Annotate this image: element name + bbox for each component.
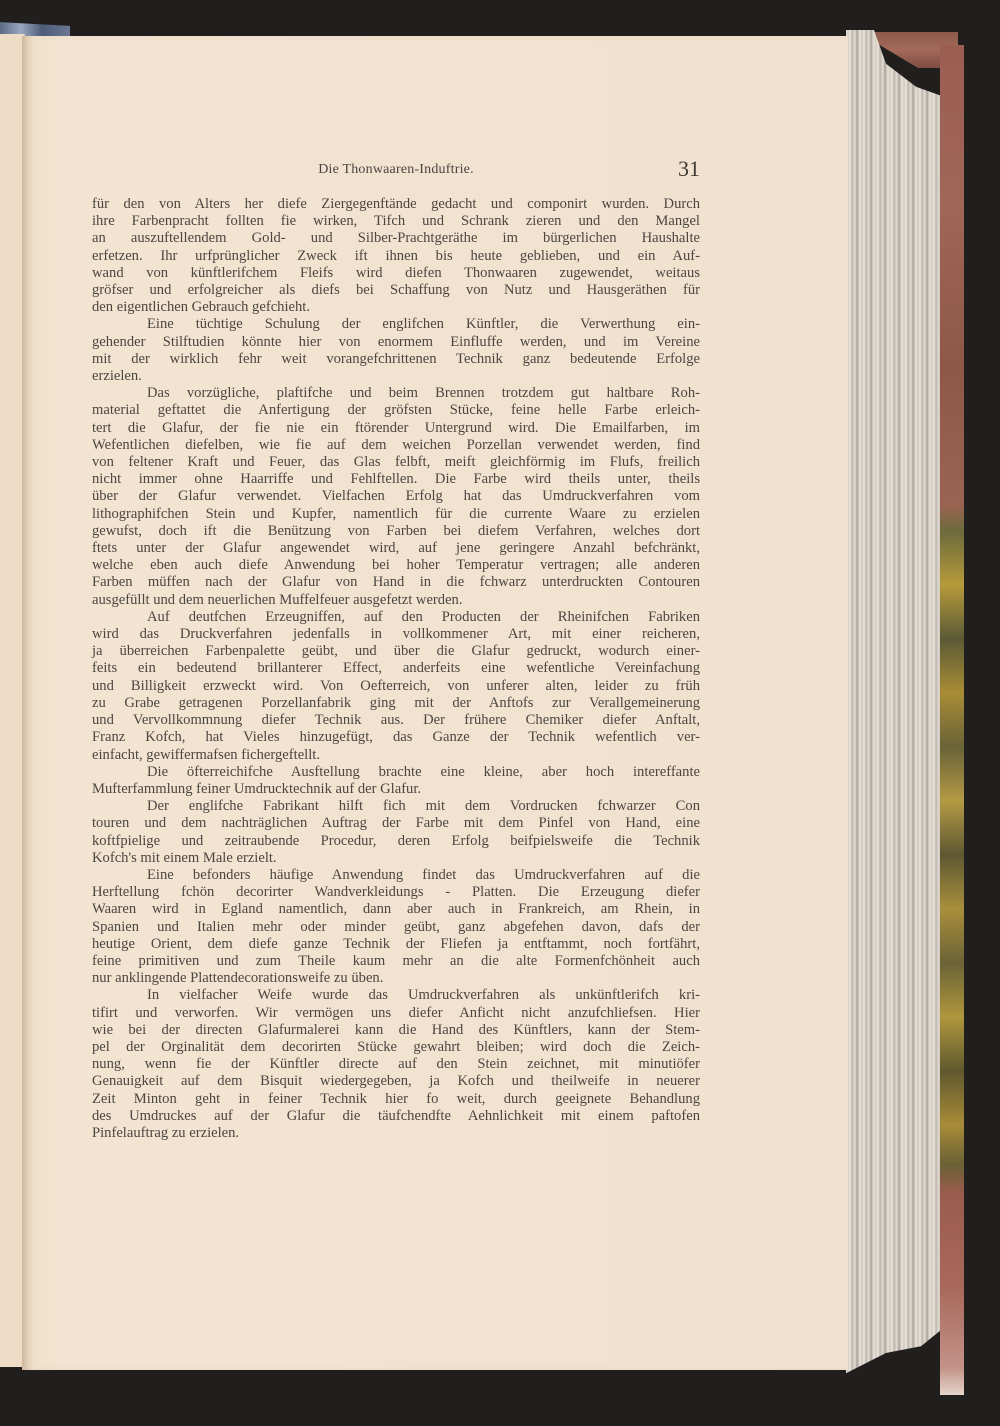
text-line: tert die Glafur, der fie nie ein ftörend… xyxy=(92,420,700,437)
text-line: und Billigkeit erzweckt wird. Von Oefter… xyxy=(92,678,700,695)
text-line: für den von Alters her diefe Ziergegenft… xyxy=(92,196,700,213)
paragraph: In vielfacher Weife wurde das Umdruckver… xyxy=(92,987,700,1142)
text-line: ja überreichen Farbenpalette geübt, und … xyxy=(92,643,700,660)
text-line: lithographifchen Stein und Kupfer, namen… xyxy=(92,506,700,523)
page-block-edges xyxy=(846,30,946,1380)
text-line: an auszuftellendem Gold- und Silber-Prac… xyxy=(92,230,700,247)
text-line: des Umdruckes auf der Glafur die täufche… xyxy=(92,1108,700,1125)
text-line: erfetzen. Ihr urfprünglicher Zweck ift i… xyxy=(92,248,700,265)
text-line: Farben müffen nach der Glafur von Hand i… xyxy=(92,574,700,591)
marbled-cover-edge xyxy=(940,45,964,1395)
text-line: und Vervollkommnung diefer Technik aus. … xyxy=(92,712,700,729)
text-line: Pinfelauftrag zu erzielen. xyxy=(92,1125,700,1142)
paragraph: Der englifche Fabrikant hilft fich mit d… xyxy=(92,798,700,867)
text-line: erzielen. xyxy=(92,368,700,385)
text-line: ftets unter der Glafur angewendet wird, … xyxy=(92,540,700,557)
text-line: ihre Farbenpracht follten fie wirken, Ti… xyxy=(92,213,700,230)
text-line: von feltener Kraft und Feuer, das Glas f… xyxy=(92,454,700,471)
text-line: tifirt und verworfen. Wir vermögen uns d… xyxy=(92,1005,700,1022)
text-line: heutige Orient, dem diefe ganze Technik … xyxy=(92,936,700,953)
paragraph: Eine tüchtige Schulung der englifchen Kü… xyxy=(92,316,700,385)
text-line: nur anklingende Plattendecorationsweife … xyxy=(92,970,700,987)
text-line: Der englifche Fabrikant hilft fich mit d… xyxy=(92,798,700,815)
text-line: zu Grabe getragenen Porzellanfabrik ging… xyxy=(92,695,700,712)
text-line: Genauigkeit auf dem Bisquit wiedergegebe… xyxy=(92,1073,700,1090)
text-line: feine primitiven und zum Theile kaum meh… xyxy=(92,953,700,970)
text-line: welche eben auch diefe Anwendung bei hoh… xyxy=(92,557,700,574)
text-line: nung, wenn fie der Künftler directe auf … xyxy=(92,1056,700,1073)
text-line: Eine befonders häufige Anwendung findet … xyxy=(92,867,700,884)
text-line: ausgefüllt und dem neuerlichen Muffelfeu… xyxy=(92,592,700,609)
text-line: den eigentlichen Gebrauch gefchieht. xyxy=(92,299,700,316)
text-line: wird das Druckverfahren jedenfalls in vo… xyxy=(92,626,700,643)
text-line: wand von künftlerifchem Fleifs wird dief… xyxy=(92,265,700,282)
text-line: Mufterfammlung feiner Umdrucktechnik auf… xyxy=(92,781,700,798)
paragraph: Das vorzügliche, plaftifche und beim Bre… xyxy=(92,385,700,609)
text-line: pel der Orginalität dem decorirten Stück… xyxy=(92,1039,700,1056)
text-line: feits ein bedeutend brillanterer Effect,… xyxy=(92,660,700,677)
text-line: gewufst, doch ift die Benützung von Farb… xyxy=(92,523,700,540)
running-title: Die Thonwaaren-Induftrie. xyxy=(82,162,700,178)
text-line: Wefentlichen diefelben, wie fie auf dem … xyxy=(92,437,700,454)
text-line: gehender Stilftudien könnte hier von eno… xyxy=(92,334,700,351)
text-line: gröfser und erfolgreicher als diefs bei … xyxy=(92,282,700,299)
body-text: für den von Alters her diefe Ziergegenft… xyxy=(92,196,700,1142)
text-line: Eine tüchtige Schulung der englifchen Kü… xyxy=(92,316,700,333)
paragraph: Eine befonders häufige Anwendung findet … xyxy=(92,867,700,987)
paragraph: für den von Alters her diefe Ziergegenft… xyxy=(92,196,700,316)
text-line: mit der wirklich fehr weit vorangefchrit… xyxy=(92,351,700,368)
text-line: Die öfterreichifche Ausftellung brachte … xyxy=(92,764,700,781)
text-line: Das vorzügliche, plaftifche und beim Bre… xyxy=(92,385,700,402)
text-line: Auf deutfchen Erzeugniffen, auf den Prod… xyxy=(92,609,700,626)
page-header: Die Thonwaaren-Induftrie. 31 xyxy=(82,160,700,182)
text-line: touren und dem nachträglichen Auftrag de… xyxy=(92,815,700,832)
paragraph: Die öfterreichifche Ausftellung brachte … xyxy=(92,764,700,798)
text-line: Zeit Minton geht in feiner Technik hier … xyxy=(92,1091,700,1108)
text-line: nicht immer ohne Haarriffe und Fehlftell… xyxy=(92,471,700,488)
page-number: 31 xyxy=(678,156,700,182)
text-line: Herftellung fchön decorirter Wandverklei… xyxy=(92,884,700,901)
text-line: Spanien und Italien mehr oder minder geü… xyxy=(92,919,700,936)
text-line: wie bei der directen Glafurmalerei kann … xyxy=(92,1022,700,1039)
text-line: koftfpielige und zeitraubende Procedur, … xyxy=(92,833,700,850)
paragraph: Auf deutfchen Erzeugniffen, auf den Prod… xyxy=(92,609,700,764)
text-line: Franz Kofch, hat Vieles hinzugefügt, das… xyxy=(92,729,700,746)
text-line: Waaren wird in Egland namentlich, dann a… xyxy=(92,901,700,918)
text-line: In vielfacher Weife wurde das Umdruckver… xyxy=(92,987,700,1004)
text-line: material geftattet die Anfertigung der g… xyxy=(92,402,700,419)
text-line: über der Glafur verwendet. Vielfachen Er… xyxy=(92,488,700,505)
text-line: Kofch's mit einem Male erzielt. xyxy=(92,850,700,867)
text-line: einfacht, gewiffermafsen fichergeftellt. xyxy=(92,747,700,764)
